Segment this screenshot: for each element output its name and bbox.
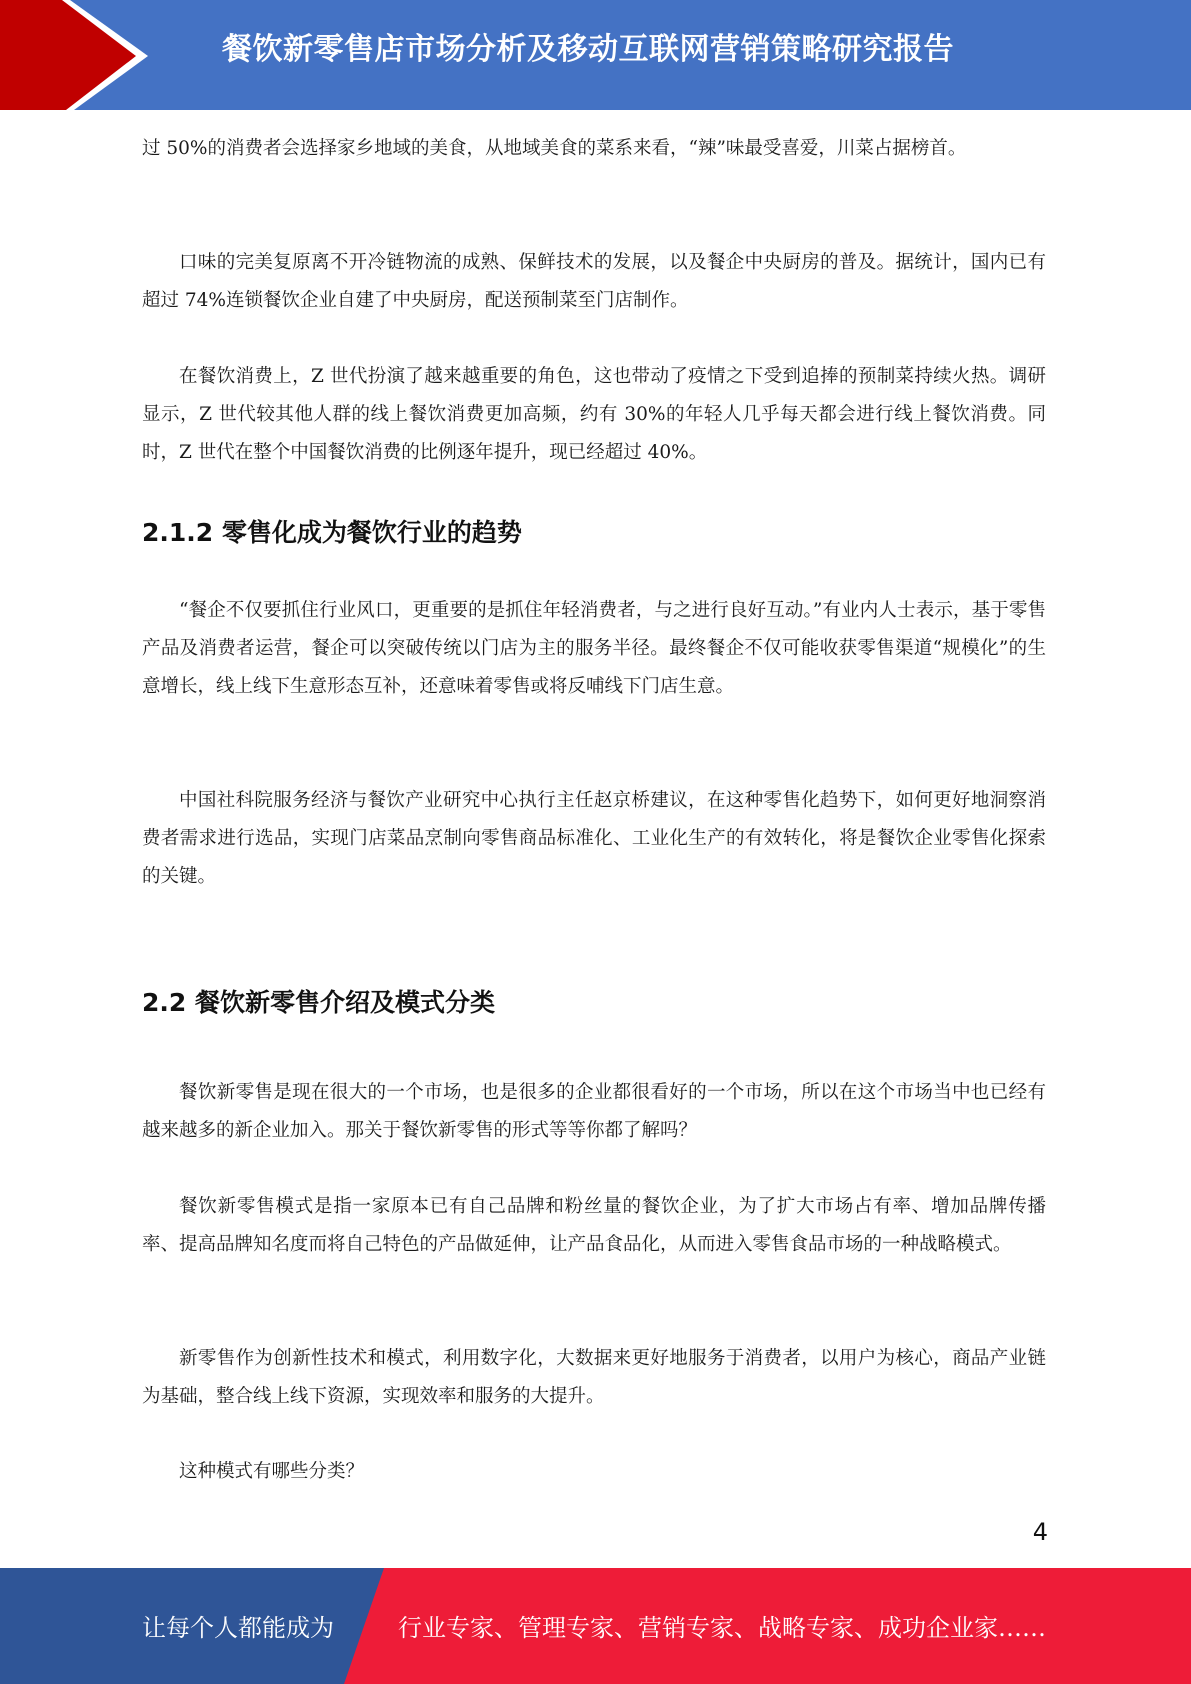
paragraph-block: “餐企不仅要抓住行业风口，更重要的是抓住年轻消费者，与之进行良好互动。”有业内人… — [142, 592, 1046, 706]
intro-paragraphs: 过 50%的消费者会选择家乡地域的美食，从地域美食的菜系来看，“辣”味最受喜爱，… — [142, 130, 1046, 168]
paragraph-block: 餐饮新零售是现在很大的一个市场，也是很多的企业都很看好的一个市场，所以在这个市场… — [142, 1074, 1046, 1150]
paragraph: 在餐饮消费上，Z 世代扮演了越来越重要的角色，这也带动了疫情之下受到追捧的预制菜… — [142, 358, 1046, 472]
paragraph: 过 50%的消费者会选择家乡地域的美食，从地域美食的菜系来看，“辣”味最受喜爱，… — [142, 130, 1046, 168]
paragraph-block: 在餐饮消费上，Z 世代扮演了越来越重要的角色，这也带动了疫情之下受到追捧的预制菜… — [142, 358, 1046, 472]
paragraph: 餐饮新零售模式是指一家原本已有自己品牌和粉丝量的餐饮企业，为了扩大市场占有率、增… — [142, 1188, 1046, 1264]
section-heading-2-1-2: 2.1.2 零售化成为餐饮行业的趋势 — [142, 513, 522, 549]
page-footer: 让每个人都能成为 行业专家、管理专家、营销专家、战略专家、成功企业家…… — [0, 1568, 1191, 1684]
footer-slogan-right: 行业专家、管理专家、营销专家、战略专家、成功企业家…… — [398, 1608, 1046, 1643]
paragraph-block: 口味的完美复原离不开冷链物流的成熟、保鲜技术的发展，以及餐企中央厨房的普及。据统… — [142, 244, 1046, 320]
section-heading-2-2: 2.2 餐饮新零售介绍及模式分类 — [142, 983, 495, 1019]
paragraph: 餐饮新零售是现在很大的一个市场，也是很多的企业都很看好的一个市场，所以在这个市场… — [142, 1074, 1046, 1150]
paragraph-block: 新零售作为创新性技术和模式，利用数字化，大数据来更好地服务于消费者，以用户为核心… — [142, 1340, 1046, 1416]
paragraph: 新零售作为创新性技术和模式，利用数字化，大数据来更好地服务于消费者，以用户为核心… — [142, 1340, 1046, 1416]
paragraph-block: 中国社科院服务经济与餐饮产业研究中心执行主任赵京桥建议，在这种零售化趋势下，如何… — [142, 782, 1046, 896]
paragraph: 口味的完美复原离不开冷链物流的成熟、保鲜技术的发展，以及餐企中央厨房的普及。据统… — [142, 244, 1046, 320]
paragraph: “餐企不仅要抓住行业风口，更重要的是抓住年轻消费者，与之进行良好互动。”有业内人… — [142, 592, 1046, 706]
paragraph-block: 餐饮新零售模式是指一家原本已有自己品牌和粉丝量的餐饮企业，为了扩大市场占有率、增… — [142, 1188, 1046, 1264]
footer-slogan-left: 让每个人都能成为 — [142, 1608, 334, 1643]
arrow-chevron-icon — [0, 0, 160, 110]
document-title: 餐饮新零售店市场分析及移动互联网营销策略研究报告 — [222, 30, 954, 70]
paragraph: 这种模式有哪些分类？ — [142, 1453, 1046, 1491]
page-number: 4 — [1033, 1518, 1048, 1546]
paragraph: 中国社科院服务经济与餐饮产业研究中心执行主任赵京桥建议，在这种零售化趋势下，如何… — [142, 782, 1046, 896]
page-header: 餐饮新零售店市场分析及移动互联网营销策略研究报告 — [0, 0, 1191, 110]
paragraph-block: 这种模式有哪些分类？ — [142, 1453, 1046, 1491]
